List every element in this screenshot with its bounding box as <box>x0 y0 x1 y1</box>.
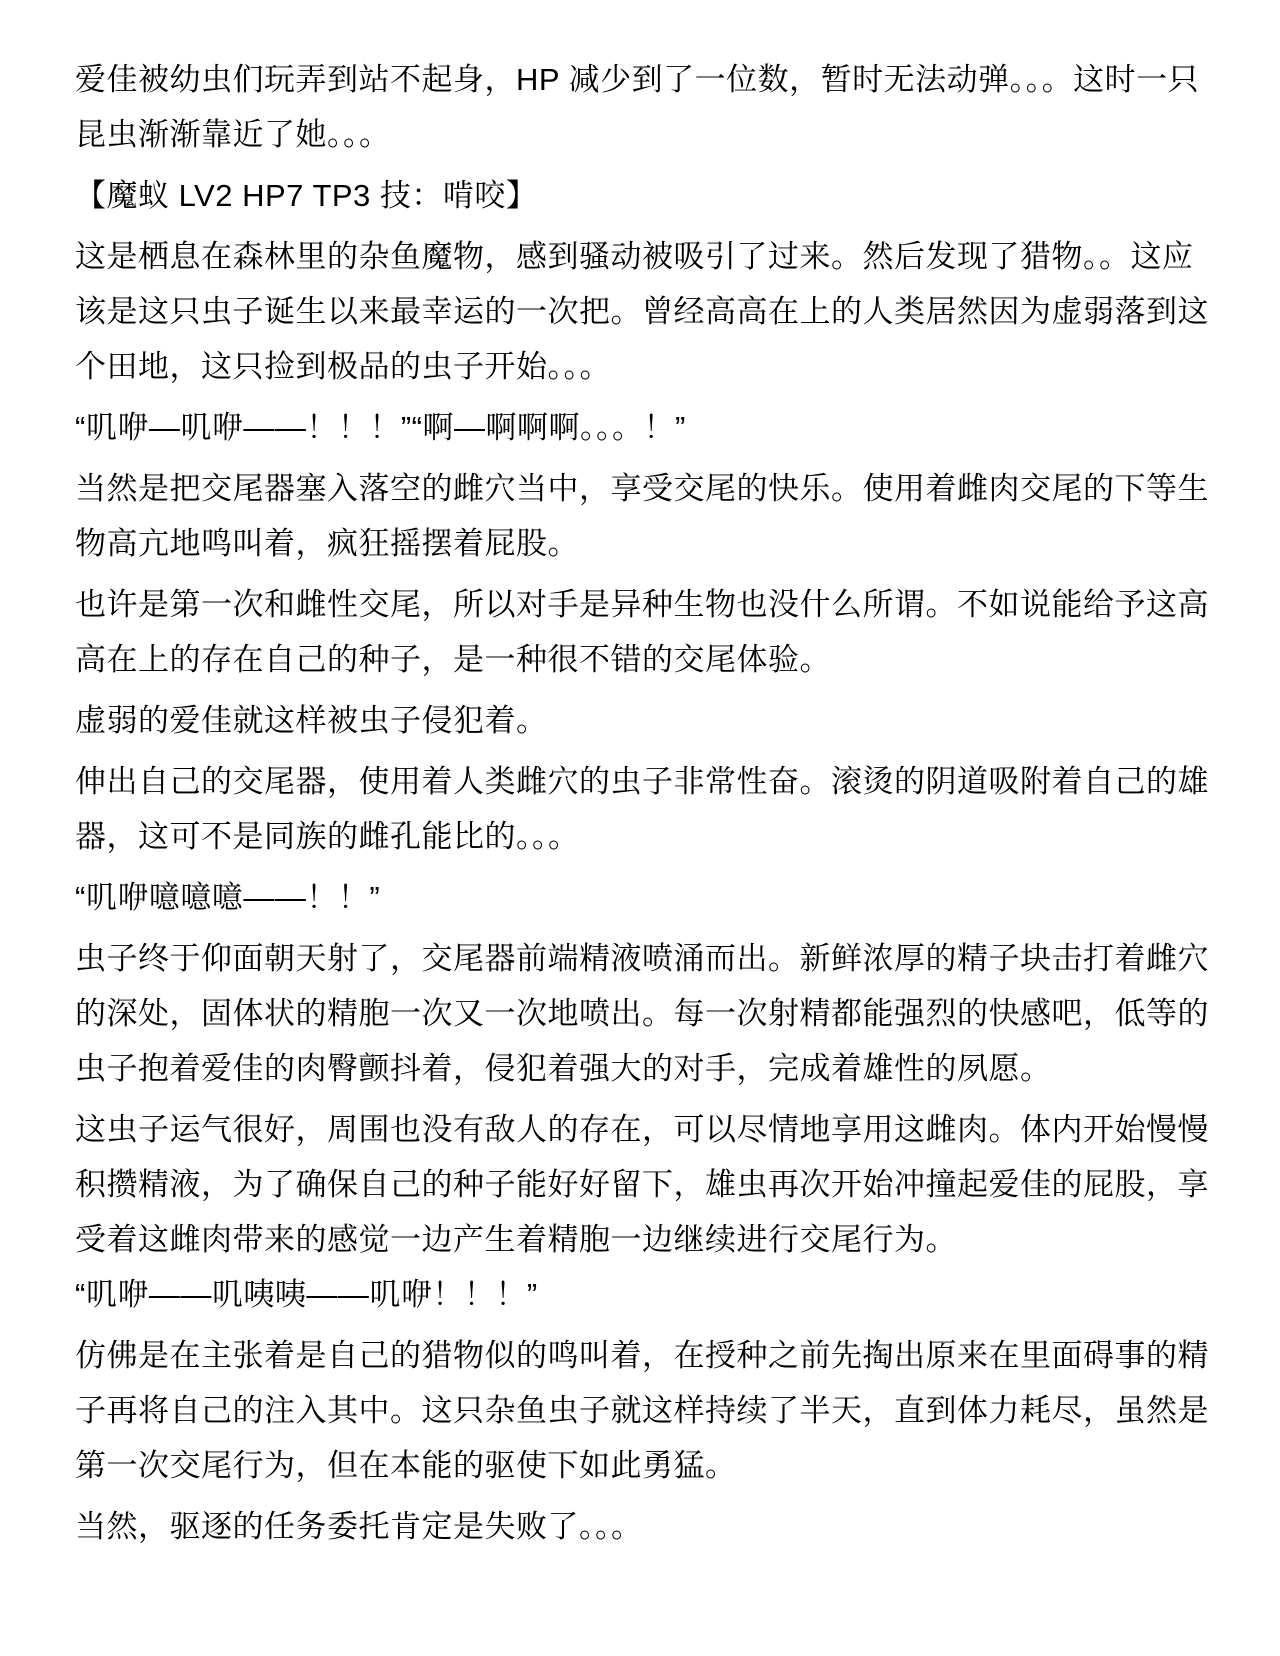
quote-line: “叽咿—叽咿——！！！”“啊—啊啊啊。。。！” <box>75 400 1210 455</box>
paragraph: 也许是第一次和雌性交尾，所以对手是异种生物也没什么所谓。不如说能给予这高高在上的… <box>75 577 1210 687</box>
paragraph: 当然是把交尾器塞入落空的雌穴当中，享受交尾的快乐。使用着雌肉交尾的下等生物高亢地… <box>75 461 1210 571</box>
monster-status-line: 【魔蚁 LV2 HP7 TP3 技：啃咬】 <box>75 168 1210 223</box>
paragraph: 虫子终于仰面朝天射了，交尾器前端精液喷涌而出。新鲜浓厚的精子块击打着雌穴的深处，… <box>75 931 1210 1096</box>
paragraph: 当然，驱逐的任务委托肯定是失败了。。。 <box>75 1499 1210 1554</box>
paragraph: 仿佛是在主张着是自己的猎物似的鸣叫着，在授种之前先掏出原来在里面碍事的精子再将自… <box>75 1328 1210 1493</box>
quote-line: “叽咿——叽咦咦——叽咿！！！” <box>75 1267 1210 1322</box>
paragraph: 这是栖息在森林里的杂鱼魔物，感到骚动被吸引了过来。然后发现了猎物。。这应该是这只… <box>75 229 1210 394</box>
document-page: 爱佳被幼虫们玩弄到站不起身，HP 减少到了一位数，暂时无法动弹。。。这时一只昆虫… <box>0 0 1280 1656</box>
paragraph: 虚弱的爱佳就这样被虫子侵犯着。 <box>75 693 1210 748</box>
quote-line: “叽咿噫噫噫——！！” <box>75 870 1210 925</box>
paragraph: 这虫子运气很好，周围也没有敌人的存在，可以尽情地享用这雌肉。体内开始慢慢积攒精液… <box>75 1102 1210 1267</box>
paragraph: 爱佳被幼虫们玩弄到站不起身，HP 减少到了一位数，暂时无法动弹。。。这时一只昆虫… <box>75 52 1210 162</box>
paragraph: 伸出自己的交尾器，使用着人类雌穴的虫子非常性奋。滚烫的阴道吸附着自己的雄器，这可… <box>75 754 1210 864</box>
